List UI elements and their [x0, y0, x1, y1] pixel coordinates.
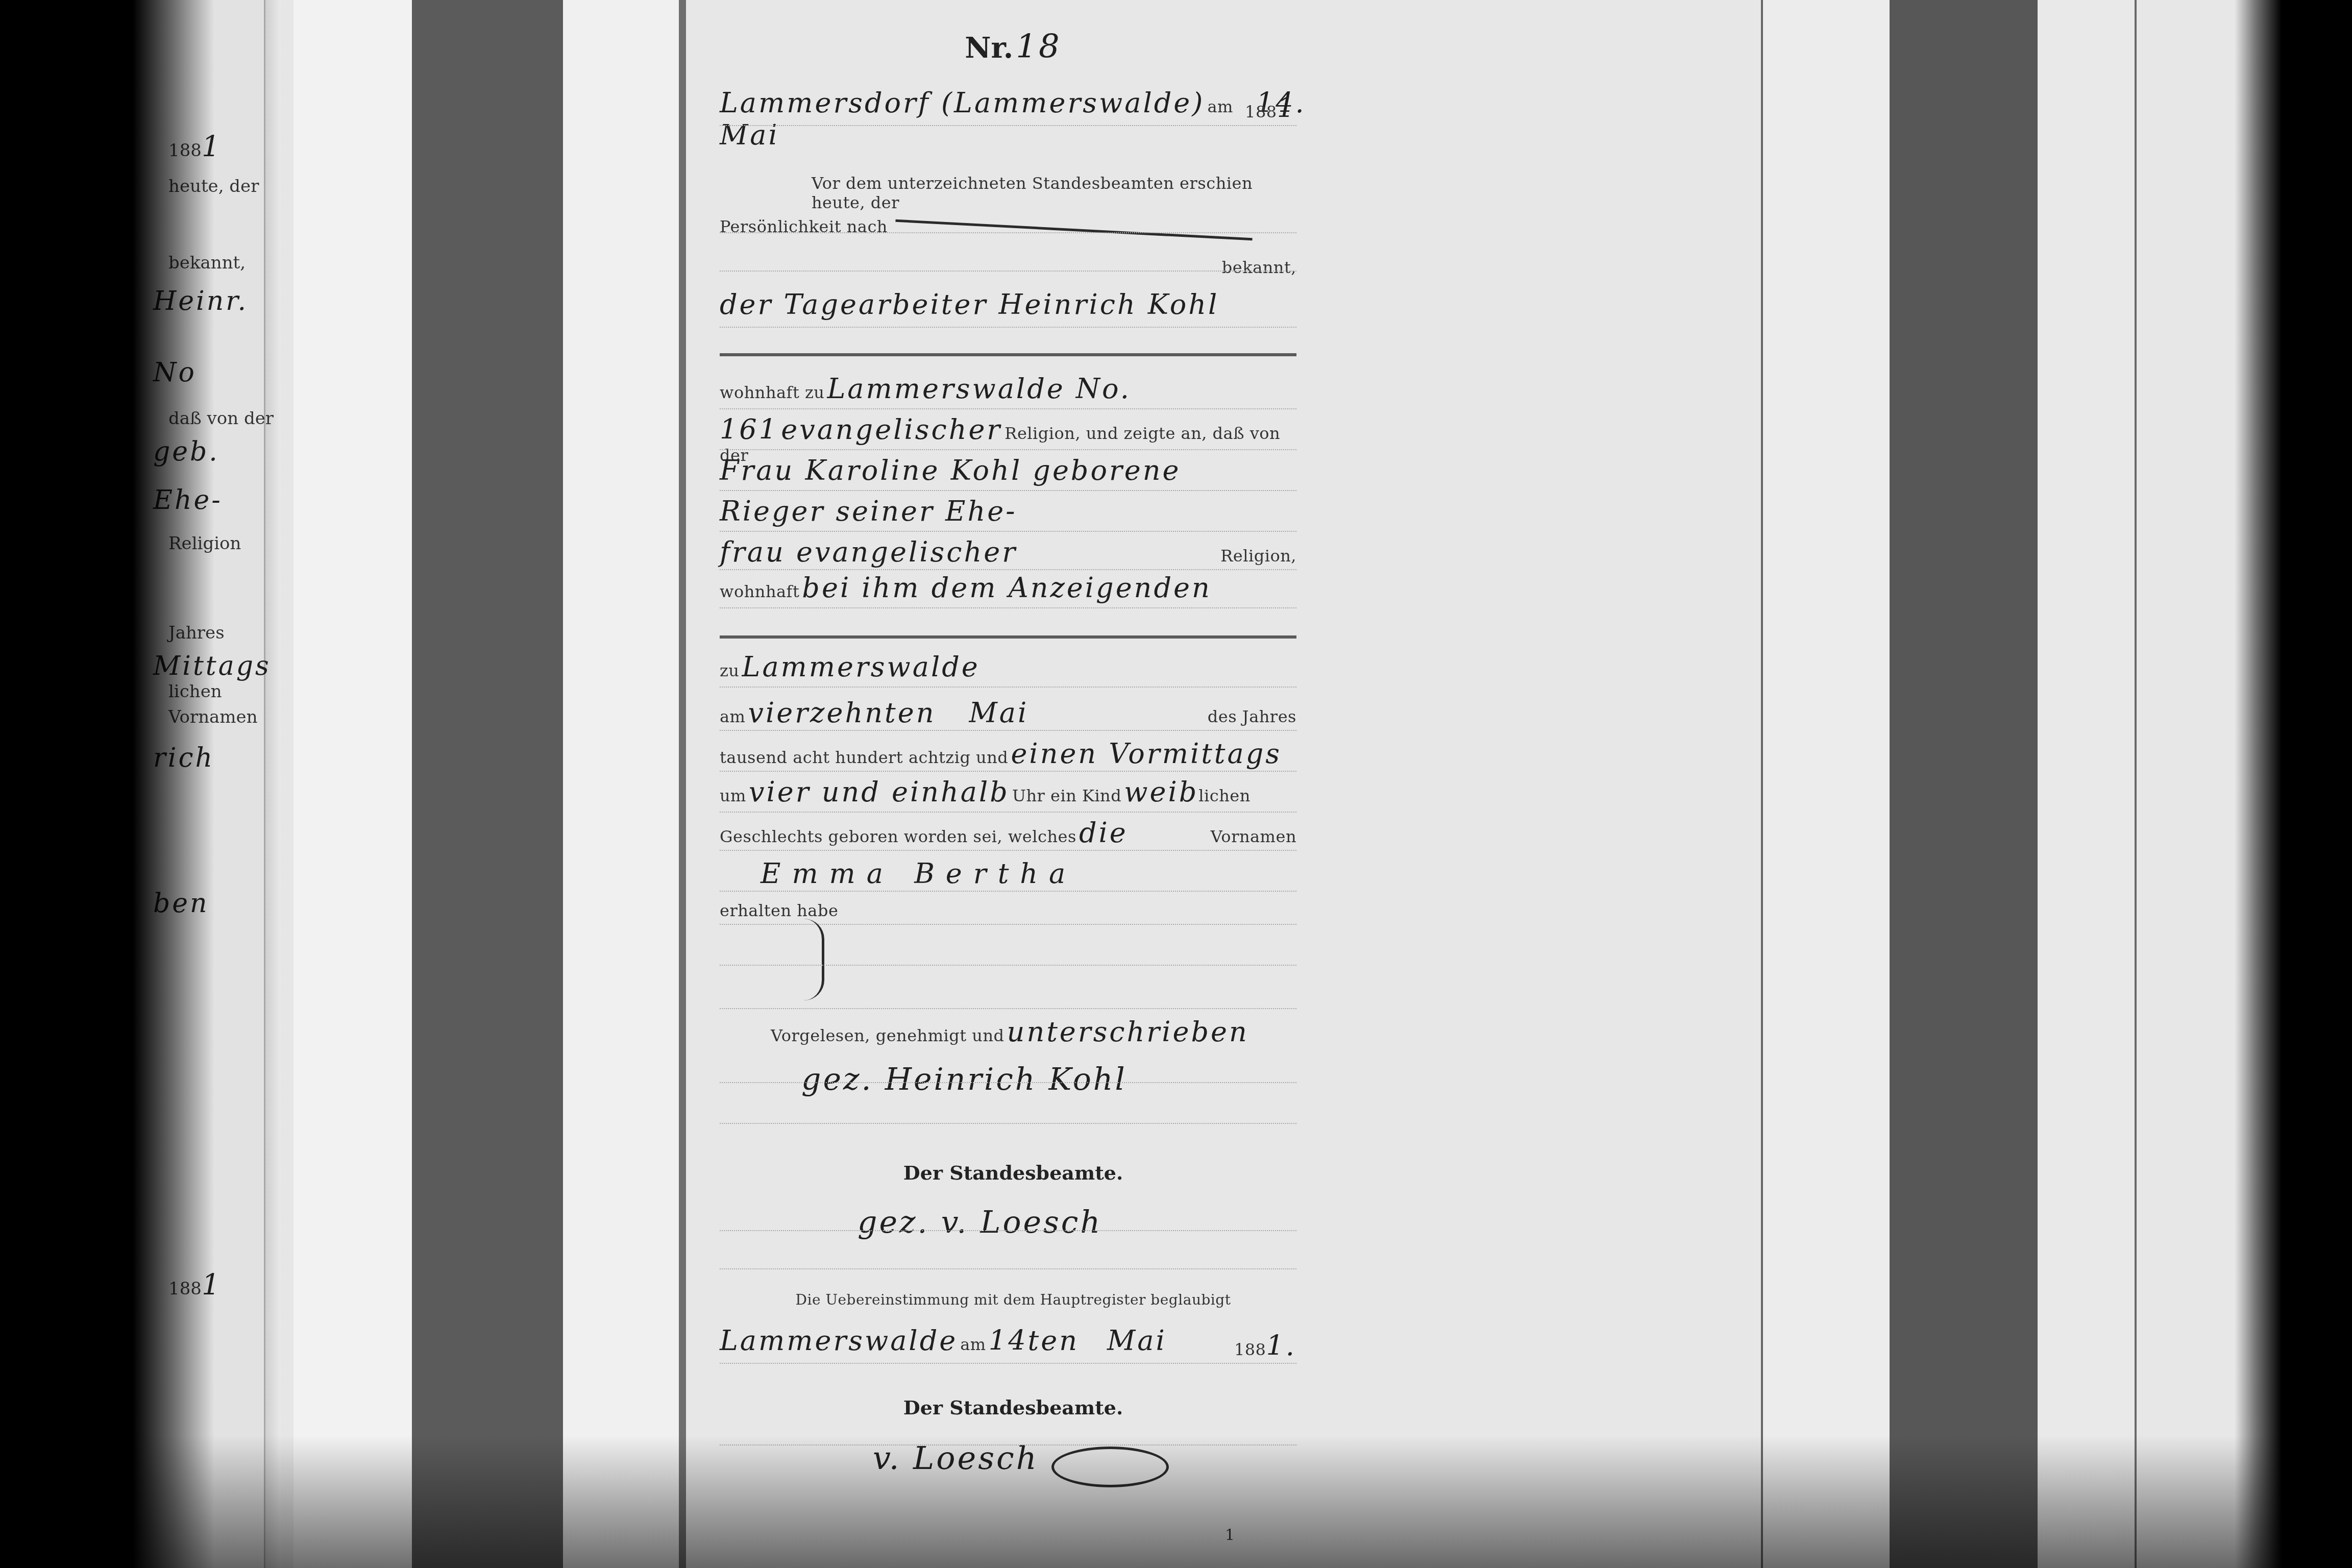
- header-place: Lammersdorf (Lammerswalde): [720, 87, 1205, 119]
- wohnhaft2-label: wohnhaft: [720, 582, 799, 601]
- birth-day: vierzehnten: [748, 697, 936, 729]
- vorgelesen-line: Vorgelesen, genehmigt und unterschrieben: [720, 1016, 1307, 1048]
- rule: [720, 730, 1296, 731]
- header-year-suffix: 1: [1277, 92, 1296, 124]
- persoenlichkeit-line: Persönlichkeit nach: [720, 217, 1307, 236]
- rule: [720, 1082, 1296, 1083]
- sex-print: lichen: [1198, 786, 1251, 805]
- certification-official-title: Der Standesbeamte.: [720, 1396, 1307, 1419]
- child-name: Emma Bertha: [761, 857, 1076, 890]
- white-band: [293, 0, 412, 1568]
- rule: [720, 408, 1296, 409]
- rule: [720, 1008, 1296, 1009]
- page-fold: [264, 0, 281, 1568]
- record-number-label: Nr.: [965, 31, 1013, 65]
- rule: [720, 812, 1296, 813]
- geschlecht-text: Geschlechts geboren worden sei, welches: [720, 827, 1076, 846]
- persoenlichkeit-label: Persönlichkeit nach: [720, 217, 888, 236]
- certification-year-prefix: 188: [1234, 1340, 1266, 1359]
- um-label: um: [720, 786, 746, 805]
- mother-maiden-name: Rieger seiner Ehe-: [720, 495, 1017, 527]
- vignette-bottom: [0, 1435, 2352, 1568]
- wohnhaft-label: wohnhaft zu: [720, 383, 824, 402]
- rule: [720, 531, 1296, 532]
- birth-time: vier und einhalb: [749, 776, 1010, 808]
- des-jahres: des Jahres: [1208, 707, 1296, 726]
- section-divider: [720, 353, 1296, 356]
- header-am: am: [1207, 97, 1233, 116]
- rule: [720, 125, 1296, 126]
- rule: [720, 1230, 1296, 1231]
- rule: [720, 771, 1296, 772]
- rule: [720, 232, 1296, 233]
- mother-religion: frau evangelischer: [720, 536, 1017, 568]
- erhalten-line: erhalten habe: [720, 901, 1307, 920]
- section-divider: [720, 635, 1296, 639]
- certification-year-suffix: 1.: [1266, 1330, 1296, 1362]
- birth-month: Mai: [969, 697, 1029, 729]
- geschlecht-line: Geschlechts geboren worden sei, welches …: [720, 817, 1307, 849]
- sex-hand: weib: [1124, 776, 1198, 808]
- mother-line-3: frau evangelischer Religion,: [720, 536, 1307, 568]
- certification-line: Die Uebereinstimmung mit dem Hauptregist…: [720, 1291, 1307, 1308]
- rule: [720, 607, 1296, 608]
- certification-month: Mai: [1107, 1325, 1167, 1357]
- rule: [720, 271, 1296, 272]
- uhr-kind: Uhr ein Kind: [1012, 786, 1121, 805]
- rule: [720, 569, 1296, 570]
- header-line: Lammersdorf (Lammerswalde) am 14. Mai 18…: [720, 87, 1307, 151]
- informant-line: der Tagearbeiter Heinrich Kohl: [720, 288, 1307, 321]
- religion-label: Religion,: [1220, 546, 1296, 566]
- certification-standesbeamte: Der Standesbeamte.: [903, 1396, 1123, 1419]
- am-label: am: [720, 707, 745, 726]
- record-number-value: 18: [1016, 28, 1061, 66]
- certification-text: Die Uebereinstimmung mit dem Hauptregist…: [796, 1291, 1231, 1308]
- die-hand: die: [1079, 817, 1128, 849]
- erhalten-text: erhalten habe: [720, 901, 838, 920]
- dark-band-right: [1890, 0, 2038, 1568]
- birth-place: Lammerswalde: [742, 651, 980, 683]
- certification-day: 14ten: [989, 1325, 1079, 1357]
- birth-year-line: tausend acht hundert achtzig und einen V…: [720, 738, 1307, 770]
- birth-date-line: am vierzehnten Mai des Jahres: [720, 697, 1307, 729]
- rule: [720, 1363, 1296, 1364]
- vignette-left: [0, 0, 214, 1568]
- rule: [720, 891, 1296, 892]
- house-number: 161: [720, 413, 778, 446]
- birth-place-line: zu Lammerswalde: [720, 651, 1307, 683]
- bekannt-text: bekannt,: [1222, 258, 1296, 277]
- white-band: [563, 0, 679, 1568]
- official-signature: gez. v. Loesch: [857, 1205, 1102, 1240]
- rule: [720, 965, 1296, 966]
- rule: [720, 490, 1296, 491]
- official-signature-line: gez. v. Loesch: [720, 1205, 1307, 1240]
- official-title: Der Standesbeamte.: [720, 1161, 1307, 1184]
- wohnhaft2-line: wohnhaft bei ihm dem Anzeigenden: [720, 572, 1307, 604]
- rule: [720, 327, 1296, 328]
- record-number: Nr. 18: [720, 28, 1307, 66]
- rule: [720, 1268, 1296, 1269]
- year-hand: einen Vormittags: [1011, 738, 1282, 770]
- wohnhaft2-value: bei ihm dem Anzeigenden: [802, 572, 1211, 604]
- religion-father: evangelischer: [781, 413, 1002, 446]
- informant-name: der Tagearbeiter Heinrich Kohl: [720, 288, 1219, 321]
- birth-record-form: Nr. 18 Lammersdorf (Lammerswalde) am 14.…: [720, 0, 1307, 1568]
- brace-mark: [796, 919, 824, 1000]
- certification-date-line: Lammerswalde am 14ten Mai 1881.: [720, 1325, 1307, 1357]
- rule: [720, 850, 1296, 851]
- mother-line-2: Rieger seiner Ehe-: [720, 495, 1307, 527]
- dark-band-left: [412, 0, 563, 1568]
- rule: [720, 1123, 1296, 1124]
- unterschrieben: unterschrieben: [1007, 1016, 1249, 1048]
- year-print: tausend acht hundert achtzig und: [720, 748, 1008, 767]
- mother-line-1: Frau Karoline Kohl geborene: [720, 454, 1307, 486]
- wohnhaft-line: wohnhaft zu Lammerswalde No.: [720, 373, 1307, 405]
- wohnhaft-value: Lammerswalde No.: [827, 373, 1131, 405]
- child-name-line: Emma Bertha: [720, 857, 1307, 890]
- vignette-right: [2235, 0, 2352, 1568]
- intro-line: Vor dem unterzeichneten Standesbeamten e…: [720, 174, 1307, 212]
- white-band: [1761, 0, 1890, 1568]
- vorgelesen-text: Vorgelesen, genehmigt und: [771, 1026, 1004, 1045]
- informant-signature-line: gez. Heinrich Kohl: [720, 1062, 1307, 1097]
- white-band: [2038, 0, 2135, 1568]
- rule: [720, 449, 1296, 450]
- birth-time-line: um vier und einhalb Uhr ein Kind weiblic…: [720, 776, 1307, 808]
- certification-am: am: [960, 1335, 986, 1354]
- zu-label: zu: [720, 661, 739, 680]
- rule: [720, 687, 1296, 688]
- mother-name: Frau Karoline Kohl geborene: [720, 454, 1181, 486]
- header-month: Mai: [720, 119, 779, 151]
- header-year-prefix: 188: [1245, 102, 1277, 121]
- standesbeamte-heading: Der Standesbeamte.: [903, 1161, 1123, 1184]
- certification-place: Lammerswalde: [720, 1325, 958, 1357]
- intro-text: Vor dem unterzeichneten Standesbeamten e…: [812, 174, 1253, 212]
- strike-through-line: [895, 219, 1252, 241]
- vornamen-label: Vornamen: [1211, 827, 1296, 846]
- informant-signature: gez. Heinrich Kohl: [801, 1062, 1127, 1097]
